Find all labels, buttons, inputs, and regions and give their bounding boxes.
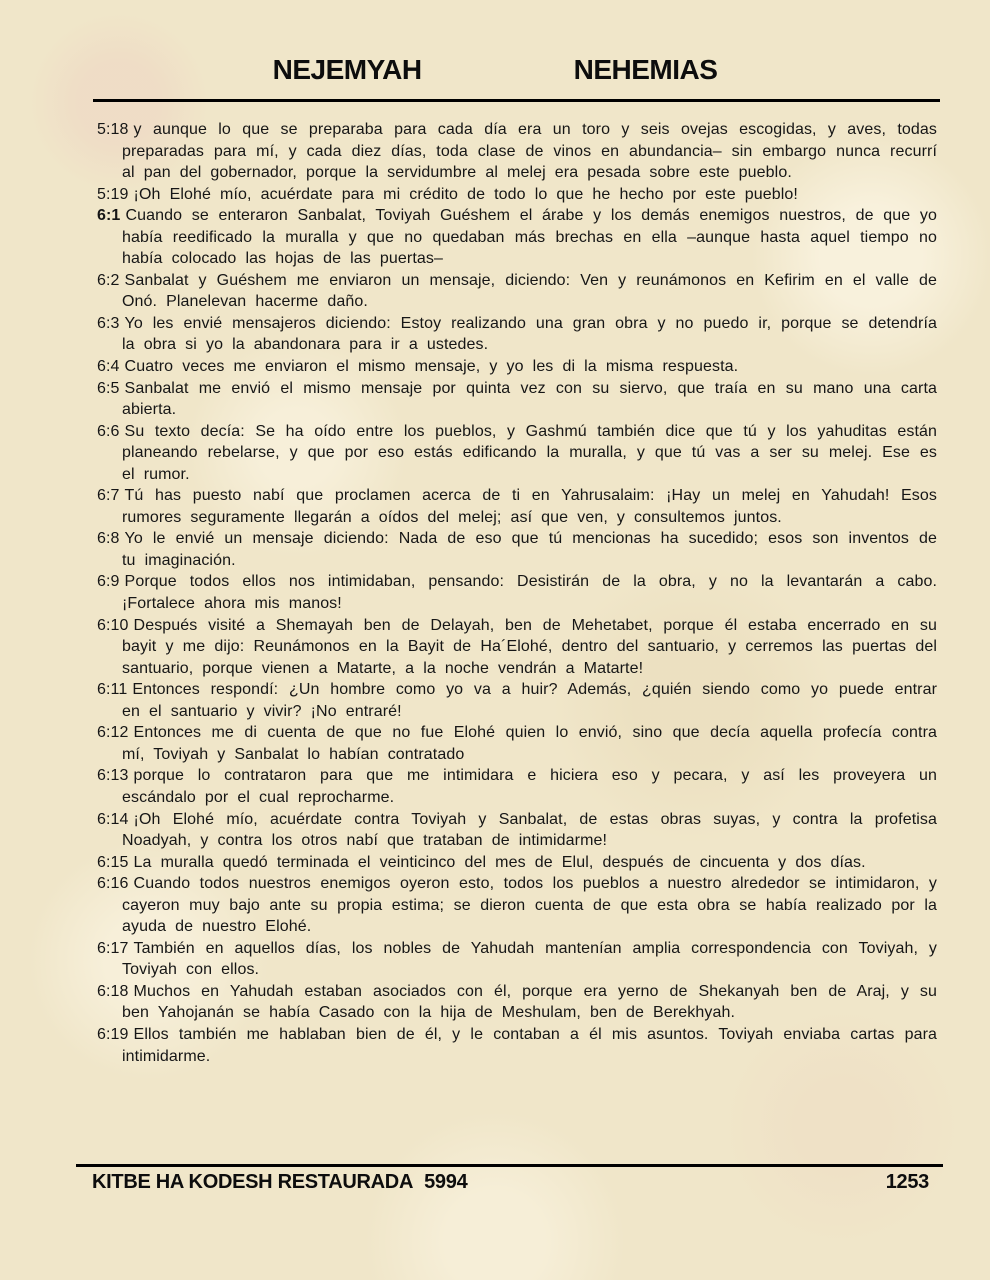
verse-text: La muralla quedó terminada el veinticinc…: [134, 854, 866, 871]
verse-number: 5:19: [97, 186, 129, 203]
verse-text: Porque todos ellos nos intimidaban, pens…: [122, 573, 937, 612]
verse-number: 6:12: [97, 724, 129, 741]
verse: 6:7Tú has puesto nabí que proclamen acer…: [97, 485, 937, 528]
verse-text: Yo les envié mensajeros diciendo: Estoy …: [122, 315, 937, 354]
footer-label: KITBE HA KODESH RESTAURADA: [92, 1171, 413, 1193]
verse-number: 6:9: [97, 573, 120, 590]
verse: 5:18y aunque lo que se preparaba para ca…: [97, 119, 937, 184]
verse: 6:9Porque todos ellos nos intimidaban, p…: [97, 571, 937, 614]
verse-number: 6:11: [97, 681, 127, 698]
verse: 6:6Su texto decía: Se ha oído entre los …: [97, 421, 937, 486]
verse: 6:5Sanbalat me envió el mismo mensaje po…: [97, 378, 937, 421]
verse: 6:14¡Oh Elohé mío, acuérdate contra Tovi…: [97, 809, 937, 852]
verse-text: Cuando todos nuestros enemigos oyeron es…: [122, 875, 937, 935]
verse-number: 6:15: [97, 854, 129, 871]
verse: 6:12Entonces me di cuenta de que no fue …: [97, 722, 937, 765]
verse: 6:1Cuando se enteraron Sanbalat, Toviyah…: [97, 205, 937, 270]
verse-number: 6:14: [97, 811, 129, 828]
footer-page-number: 1253: [886, 1171, 929, 1194]
page-title-spanish: NEHEMIAS: [574, 54, 718, 86]
scripture-body: 5:18y aunque lo que se preparaba para ca…: [97, 119, 937, 1067]
verse: 6:16Cuando todos nuestros enemigos oyero…: [97, 873, 937, 938]
verse: 6:13porque lo contrataron para que me in…: [97, 765, 937, 808]
page-header: NEJEMYAH NEHEMIAS: [0, 0, 990, 86]
verse: 6:4Cuatro veces me enviaron el mismo men…: [97, 356, 937, 378]
verse-text: Yo le envié un mensaje diciendo: Nada de…: [122, 530, 937, 569]
verse: 6:3Yo les envié mensajeros diciendo: Est…: [97, 313, 937, 356]
verse: 6:19Ellos también me hablaban bien de él…: [97, 1024, 937, 1067]
verse: 6:17También en aquellos días, los nobles…: [97, 938, 937, 981]
footer-row: KITBE HA KODESH RESTAURADA5994 1253: [76, 1171, 943, 1194]
verse-number: 6:7: [97, 487, 120, 504]
verse-text: Sanbalat y Guéshem me enviaron un mensaj…: [122, 272, 937, 311]
verse-text: Ellos también me hablaban bien de él, y …: [122, 1026, 937, 1065]
footer-edition-year: 5994: [424, 1171, 467, 1193]
verse-text: Entonces me di cuenta de que no fue Eloh…: [122, 724, 937, 763]
verse-number: 6:6: [97, 423, 120, 440]
verse-text: Después visité a Shemayah ben de Delayah…: [122, 617, 937, 677]
verse-number: 6:5: [97, 380, 120, 397]
verse-number: 6:13: [97, 767, 129, 784]
verse: 6:18Muchos en Yahudah estaban asociados …: [97, 981, 937, 1024]
verse-number: 6:17: [97, 940, 129, 957]
verse-text: También en aquellos días, los nobles de …: [122, 940, 937, 979]
verse-number: 5:18: [97, 121, 129, 138]
scripture-page: NEJEMYAH NEHEMIAS 5:18y aunque lo que se…: [0, 0, 990, 1280]
verse-text: Entonces respondí: ¿Un hombre como yo va…: [122, 681, 937, 720]
verse-number: 6:10: [97, 617, 129, 634]
page-title-hebrew: NEJEMYAH: [273, 54, 422, 86]
verse-text: Su texto decía: Se ha oído entre los pue…: [122, 423, 937, 483]
verse-text: Cuatro veces me enviaron el mismo mensaj…: [125, 358, 739, 375]
verse-text: ¡Oh Elohé mío, acuérdate para mi crédito…: [134, 186, 798, 203]
page-footer: KITBE HA KODESH RESTAURADA5994 1253: [76, 1164, 943, 1194]
verse: 6:15La muralla quedó terminada el veinti…: [97, 852, 937, 874]
footer-edition-title: KITBE HA KODESH RESTAURADA5994: [92, 1171, 467, 1194]
verse-number: 6:4: [97, 358, 120, 375]
footer-rule: [76, 1164, 943, 1167]
verse-number: 6:8: [97, 530, 120, 547]
verse: 6:10Después visité a Shemayah ben de Del…: [97, 615, 937, 680]
verse-number: 6:18: [97, 983, 129, 1000]
verse-number: 6:16: [97, 875, 129, 892]
verse-text: Sanbalat me envió el mismo mensaje por q…: [122, 380, 937, 419]
verse-number: 6:1: [97, 207, 120, 224]
verse-text: Cuando se enteraron Sanbalat, Toviyah Gu…: [122, 207, 937, 267]
verse: 6:11Entonces respondí: ¿Un hombre como y…: [97, 679, 937, 722]
verse-number: 6:19: [97, 1026, 129, 1043]
verse-text: Muchos en Yahudah estaban asociados con …: [122, 983, 937, 1022]
verse-number: 6:3: [97, 315, 120, 332]
verse: 5:19¡Oh Elohé mío, acuérdate para mi cré…: [97, 184, 937, 206]
verse-text: porque lo contrataron para que me intimi…: [122, 767, 937, 806]
verse-text: Tú has puesto nabí que proclamen acerca …: [122, 487, 937, 526]
verse-text: y aunque lo que se preparaba para cada d…: [122, 121, 937, 181]
header-rule: [93, 99, 940, 102]
verse: 6:8Yo le envié un mensaje diciendo: Nada…: [97, 528, 937, 571]
verse: 6:2Sanbalat y Guéshem me enviaron un men…: [97, 270, 937, 313]
verse-number: 6:2: [97, 272, 120, 289]
verse-text: ¡Oh Elohé mío, acuérdate contra Toviyah …: [122, 811, 937, 850]
